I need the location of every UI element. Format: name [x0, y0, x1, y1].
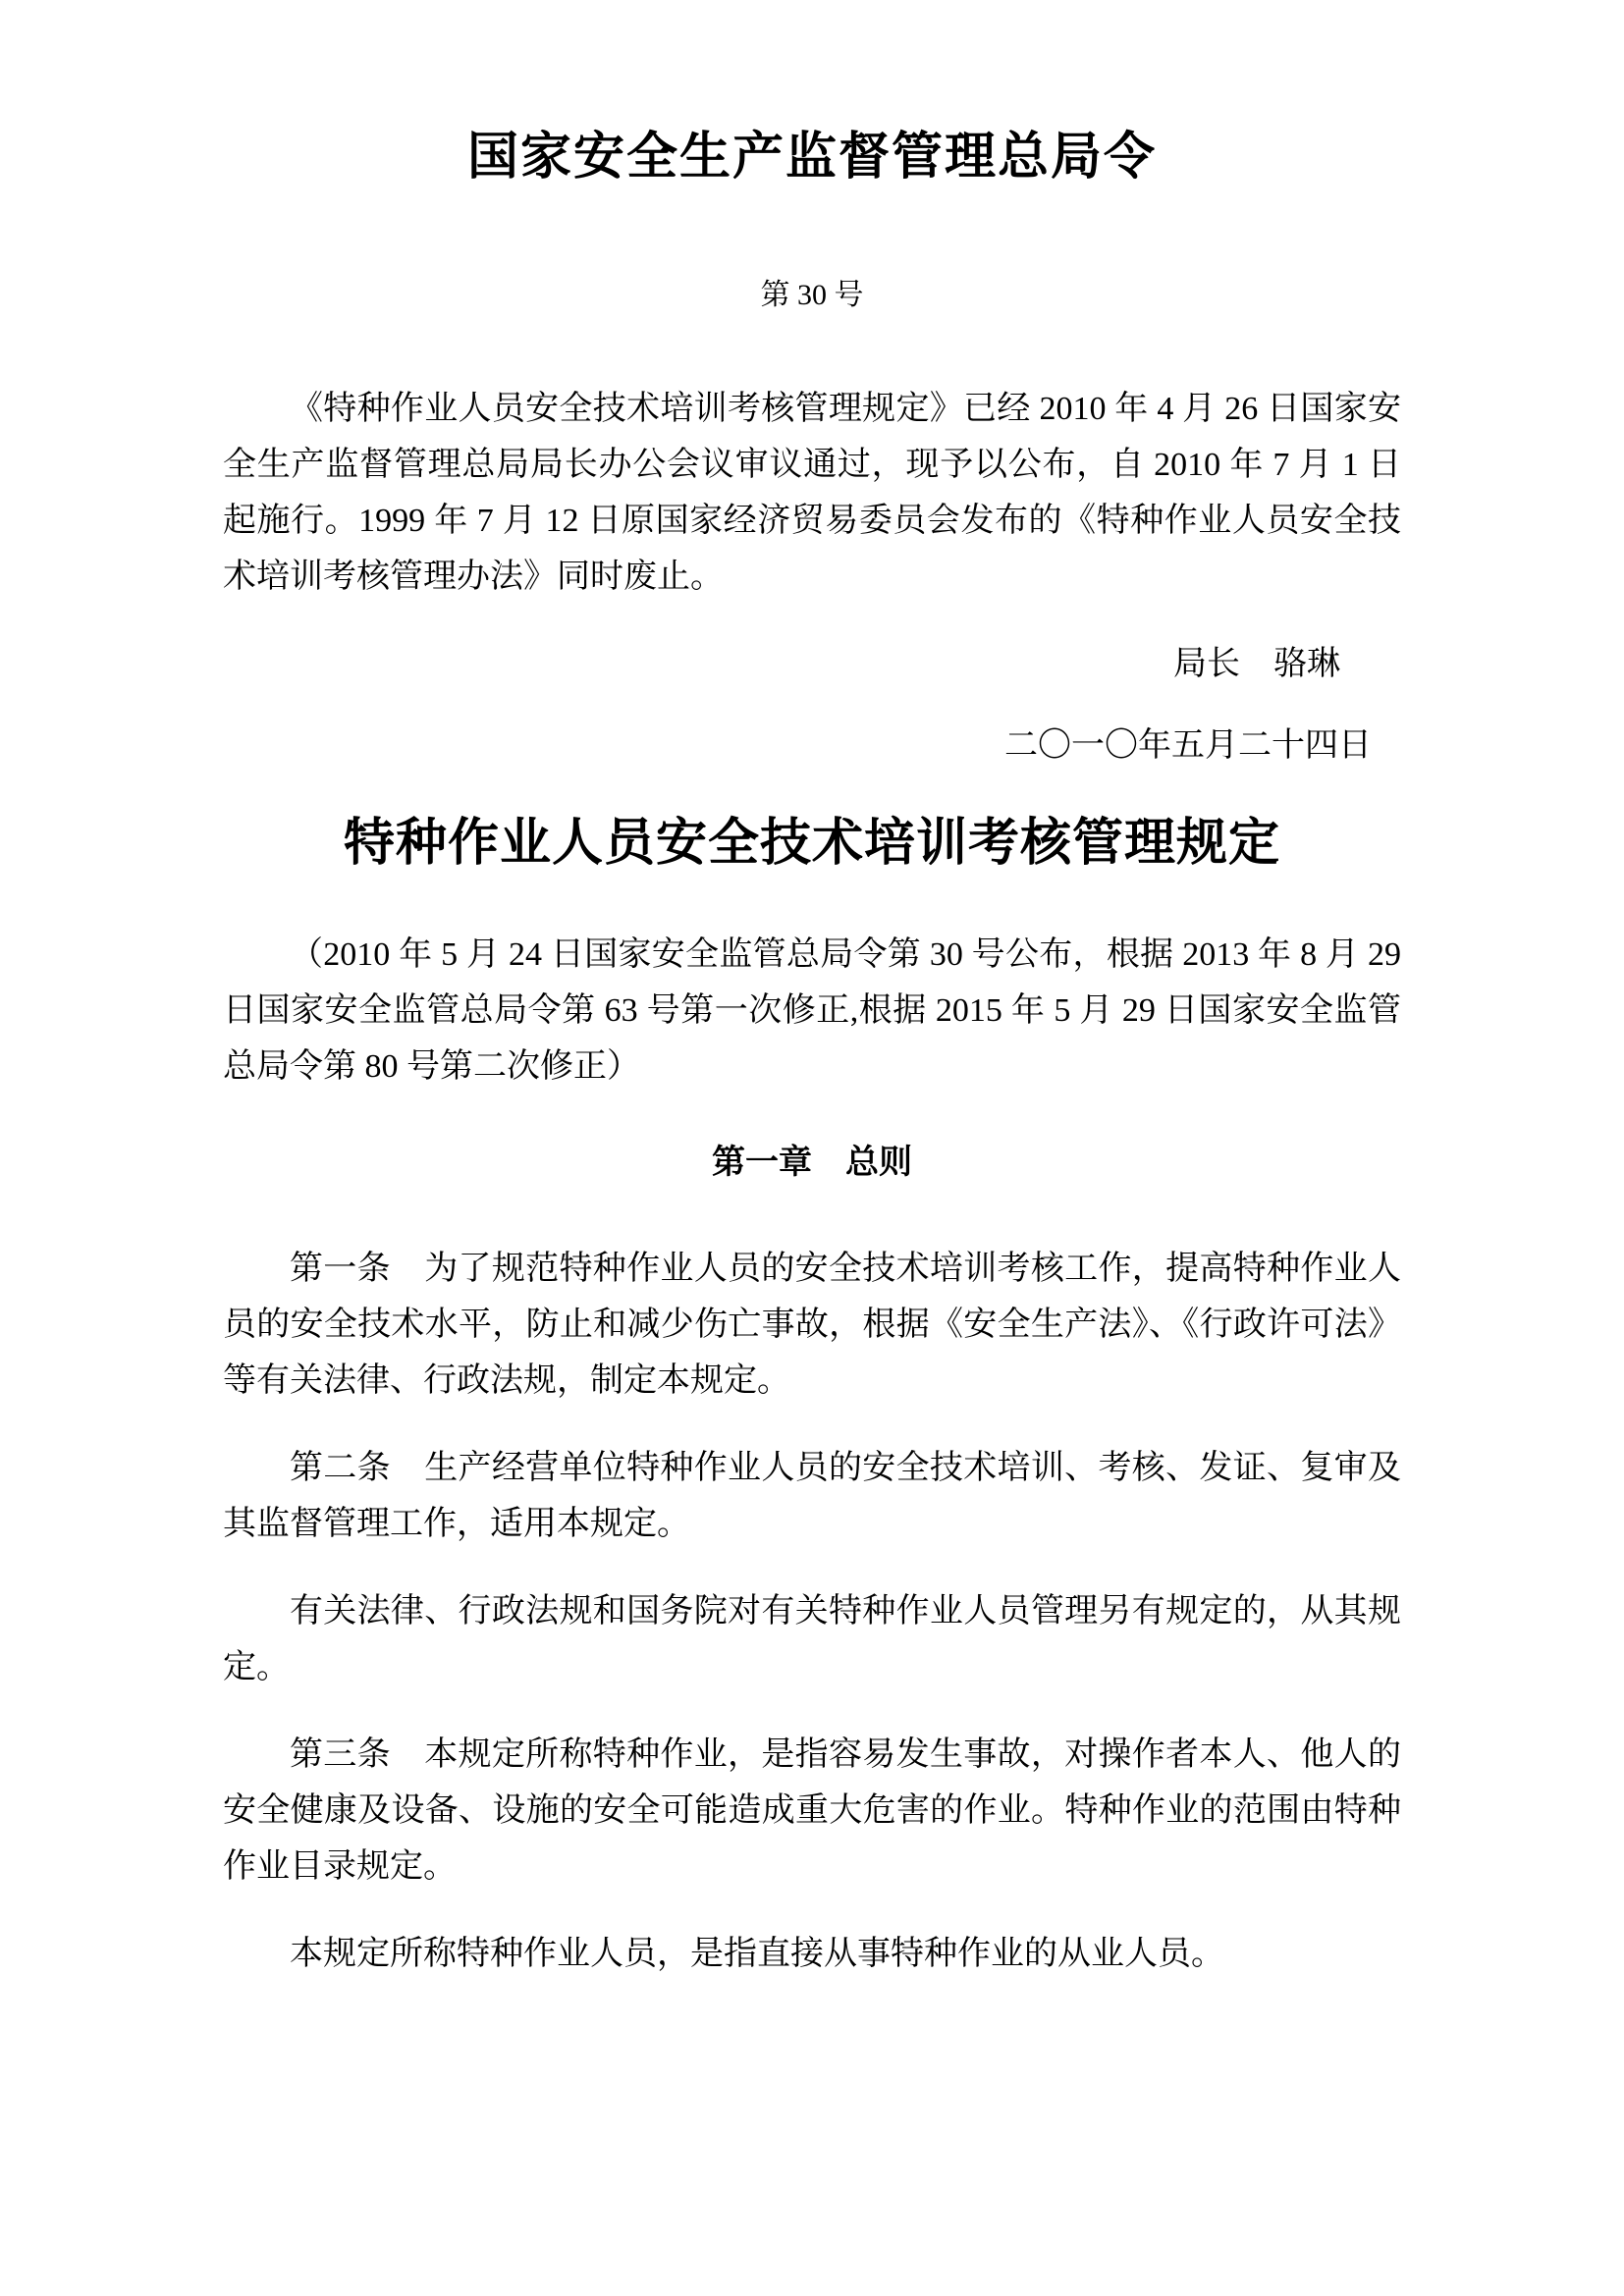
order-number: 第 30 号: [223, 276, 1401, 314]
article-3-paragraph-2: 本规定所称特种作业人员，是指直接从事特种作业的从业人员。: [223, 1926, 1401, 1982]
issue-date: 二〇一〇年五月二十四日: [223, 718, 1401, 774]
chapter-1-heading: 第一章 总则: [223, 1142, 1401, 1185]
article-3-paragraph: 第三条 本规定所称特种作业，是指容易发生事故，对操作者本人、他人的安全健康及设备…: [223, 1727, 1401, 1895]
regulation-title: 特种作业人员安全技术培训考核管理规定: [223, 813, 1401, 874]
amendment-note: （2010 年 5 月 24 日国家安全监管总局令第 30 号公布，根据 201…: [223, 927, 1401, 1095]
article-1-paragraph: 第一条 为了规范特种作业人员的安全技术培训考核工作，提高特种作业人员的安全技术水…: [223, 1241, 1401, 1409]
article-2-paragraph-2: 有关法律、行政法规和国务院对有关特种作业人员管理另有规定的，从其规定。: [223, 1583, 1401, 1695]
article-2-paragraph: 第二条 生产经营单位特种作业人员的安全技术培训、考核、发证、复审及其监督管理工作…: [223, 1440, 1401, 1552]
document-page: 国家安全生产监督管理总局令 第 30 号 《特种作业人员安全技术培训考核管理规定…: [0, 0, 1624, 2296]
order-title: 国家安全生产监督管理总局令: [223, 126, 1401, 189]
director-signature: 局长 骆琳: [223, 636, 1401, 692]
preamble-paragraph: 《特种作业人员安全技术培训考核管理规定》已经 2010 年 4 月 26 日国家…: [223, 381, 1401, 605]
amendment-note-block: （2010 年 5 月 24 日国家安全监管总局令第 30 号公布，根据 201…: [223, 927, 1401, 1095]
